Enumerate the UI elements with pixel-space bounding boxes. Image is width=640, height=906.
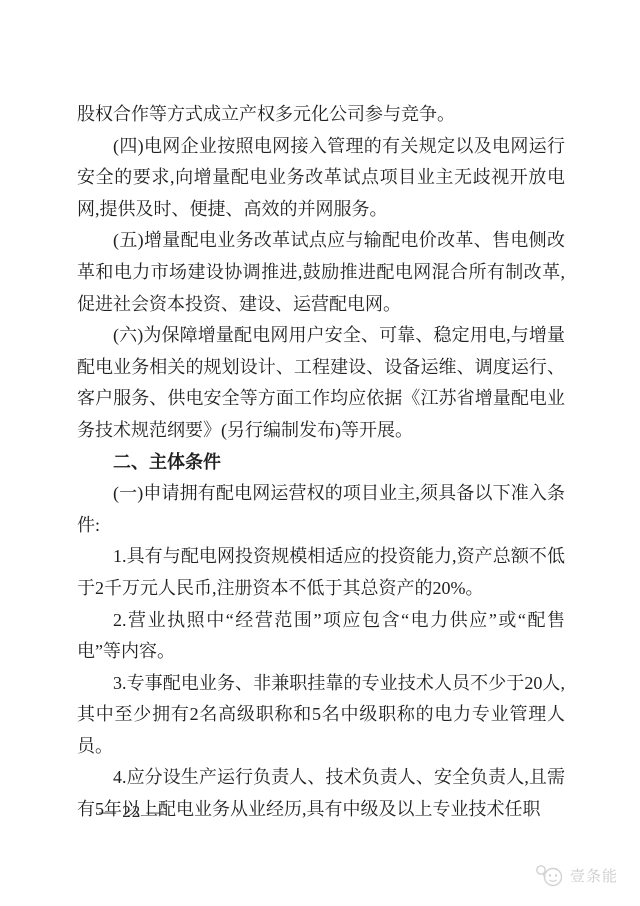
page-number: — 22 —: [99, 801, 165, 823]
paragraph: (六)为保障增量配电网用户安全、可靠、稳定用电,与增量配电业务相关的规划设计、工…: [77, 320, 565, 446]
mascot-face-icon: [534, 862, 566, 888]
watermark: 壹条能: [534, 862, 618, 888]
paragraph: (五)增量配电业务改革试点应与输配电价改革、售电侧改革和电力市场建设协调推进,鼓…: [77, 225, 565, 320]
paragraph: 3.专事配电业务、非兼职挂靠的专业技术人员不少于20人,其中至少拥有2名高级职称…: [77, 668, 565, 763]
document-body: 股权合作等方式成立产权多元化公司参与竞争。(四)电网企业按照电网接入管理的有关规…: [77, 99, 565, 826]
section-heading: 二、主体条件: [77, 447, 565, 479]
paragraph: 2.营业执照中“经营范围”项应包含“电力供应”或“配售电”等内容。: [77, 605, 565, 668]
paragraph: 1.具有与配电网投资规模相适应的投资能力,资产总额不低于2千万元人民币,注册资本…: [77, 541, 565, 604]
watermark-brand-text: 壹条能: [570, 865, 618, 886]
paragraph: 股权合作等方式成立产权多元化公司参与竞争。: [77, 99, 565, 131]
paragraph: (一)申请拥有配电网运营权的项目业主,须具备以下准入条件:: [77, 478, 565, 541]
paragraph: (四)电网企业按照电网接入管理的有关规定以及电网运行安全的要求,向增量配电业务改…: [77, 131, 565, 226]
